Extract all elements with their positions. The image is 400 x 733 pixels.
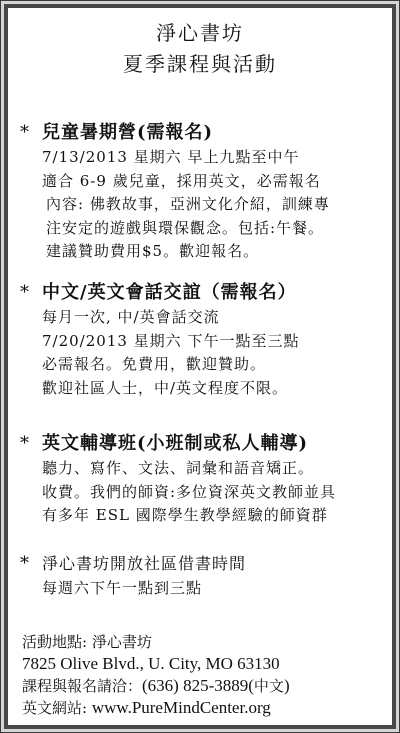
flyer-content: 淨心書坊 夏季課程與活動 * 兒童暑期營(需報名) 7/13/2013 星期六 …: [8, 8, 392, 725]
section-line: 7/20/2013 星期六 下午一點至三點: [8, 330, 392, 354]
section-heading: * 英文輔導班(小班制或私人輔導): [8, 431, 392, 457]
inner-border: 淨心書坊 夏季課程與活動 * 兒童暑期營(需報名) 7/13/2013 星期六 …: [4, 4, 396, 729]
heading-text: 兒童暑期營(需報名): [42, 122, 213, 143]
section-line: 每月一次, 中/英會話交流: [8, 306, 392, 330]
section-heading: * 淨心書坊開放社區借書時間: [8, 551, 392, 577]
location-label: 活動地點:: [22, 633, 87, 651]
contact-language: 中文: [254, 677, 284, 695]
section-line: 收費。我們的師資:多位資深英文教師並具: [8, 481, 392, 505]
asterisk-bullet-icon: *: [20, 431, 30, 457]
section-line: 適合 6-9 歲兒童，採用英文，必需報名: [8, 170, 392, 194]
contact-label: 課程與報名請洽：: [22, 677, 142, 695]
contact-phone: (636) 825-3889(: [142, 676, 254, 695]
contact-footer: 活動地點: 淨心書坊 7825 Olive Blvd., U. City, MO…: [22, 631, 290, 719]
contact-close-paren: ): [284, 676, 290, 695]
address-line: 7825 Olive Blvd., U. City, MO 63130: [22, 653, 290, 675]
outer-border: 淨心書坊 夏季課程與活動 * 兒童暑期營(需報名) 7/13/2013 星期六 …: [0, 0, 400, 733]
asterisk-bullet-icon: *: [20, 120, 30, 146]
contact-line: 課程與報名請洽：(636) 825-3889(中文): [22, 675, 290, 697]
heading-text: 中文/英文會話交誼（需報名）: [42, 282, 297, 303]
website-link[interactable]: www.PureMindCenter.org: [92, 698, 271, 717]
section-line: 有多年 ESL 國際學生教學經驗的師資群: [8, 504, 392, 528]
section-line: 聽力、寫作、文法、詞彙和語音矯正。: [8, 457, 392, 481]
heading-text: 淨心書坊開放社區借書時間: [42, 554, 246, 573]
section-line: 建議贊助費用$5。歡迎報名。: [8, 240, 392, 264]
section-heading: * 中文/英文會話交誼（需報名）: [8, 280, 392, 306]
section-line: 內容: 佛教故事，亞洲文化介紹，訓練專: [8, 193, 392, 217]
section-line: 7/13/2013 星期六 早上九點至中午: [8, 146, 392, 170]
section-heading: * 兒童暑期營(需報名): [8, 120, 392, 146]
section-library-hours: * 淨心書坊開放社區借書時間 每週六下午一點到三點: [8, 551, 392, 601]
page-subtitle: 夏季課程與活動: [8, 52, 392, 76]
section-line: 必需報名。免費用，歡迎贊助。: [8, 353, 392, 377]
heading-text: 英文輔導班(小班制或私人輔導): [42, 433, 308, 454]
section-line: 注安定的遊戲與環保觀念。包括:午餐。: [8, 217, 392, 241]
section-conversation: * 中文/英文會話交誼（需報名） 每月一次, 中/英會話交流 7/20/2013…: [8, 280, 392, 400]
section-line: 歡迎社區人士，中/英文程度不限。: [8, 377, 392, 401]
section-english-tutoring: * 英文輔導班(小班制或私人輔導) 聽力、寫作、文法、詞彙和語音矯正。 收費。我…: [8, 431, 392, 528]
section-line: 每週六下午一點到三點: [8, 577, 392, 601]
website-line: 英文網站: www.PureMindCenter.org: [22, 697, 290, 719]
location-value: 淨心書坊: [92, 633, 152, 651]
location-line: 活動地點: 淨心書坊: [22, 631, 290, 653]
website-label: 英文網站:: [22, 699, 87, 717]
asterisk-bullet-icon: *: [20, 551, 30, 577]
org-title: 淨心書坊: [8, 21, 392, 45]
section-kids-camp: * 兒童暑期營(需報名) 7/13/2013 星期六 早上九點至中午 適合 6-…: [8, 120, 392, 264]
asterisk-bullet-icon: *: [20, 280, 30, 306]
